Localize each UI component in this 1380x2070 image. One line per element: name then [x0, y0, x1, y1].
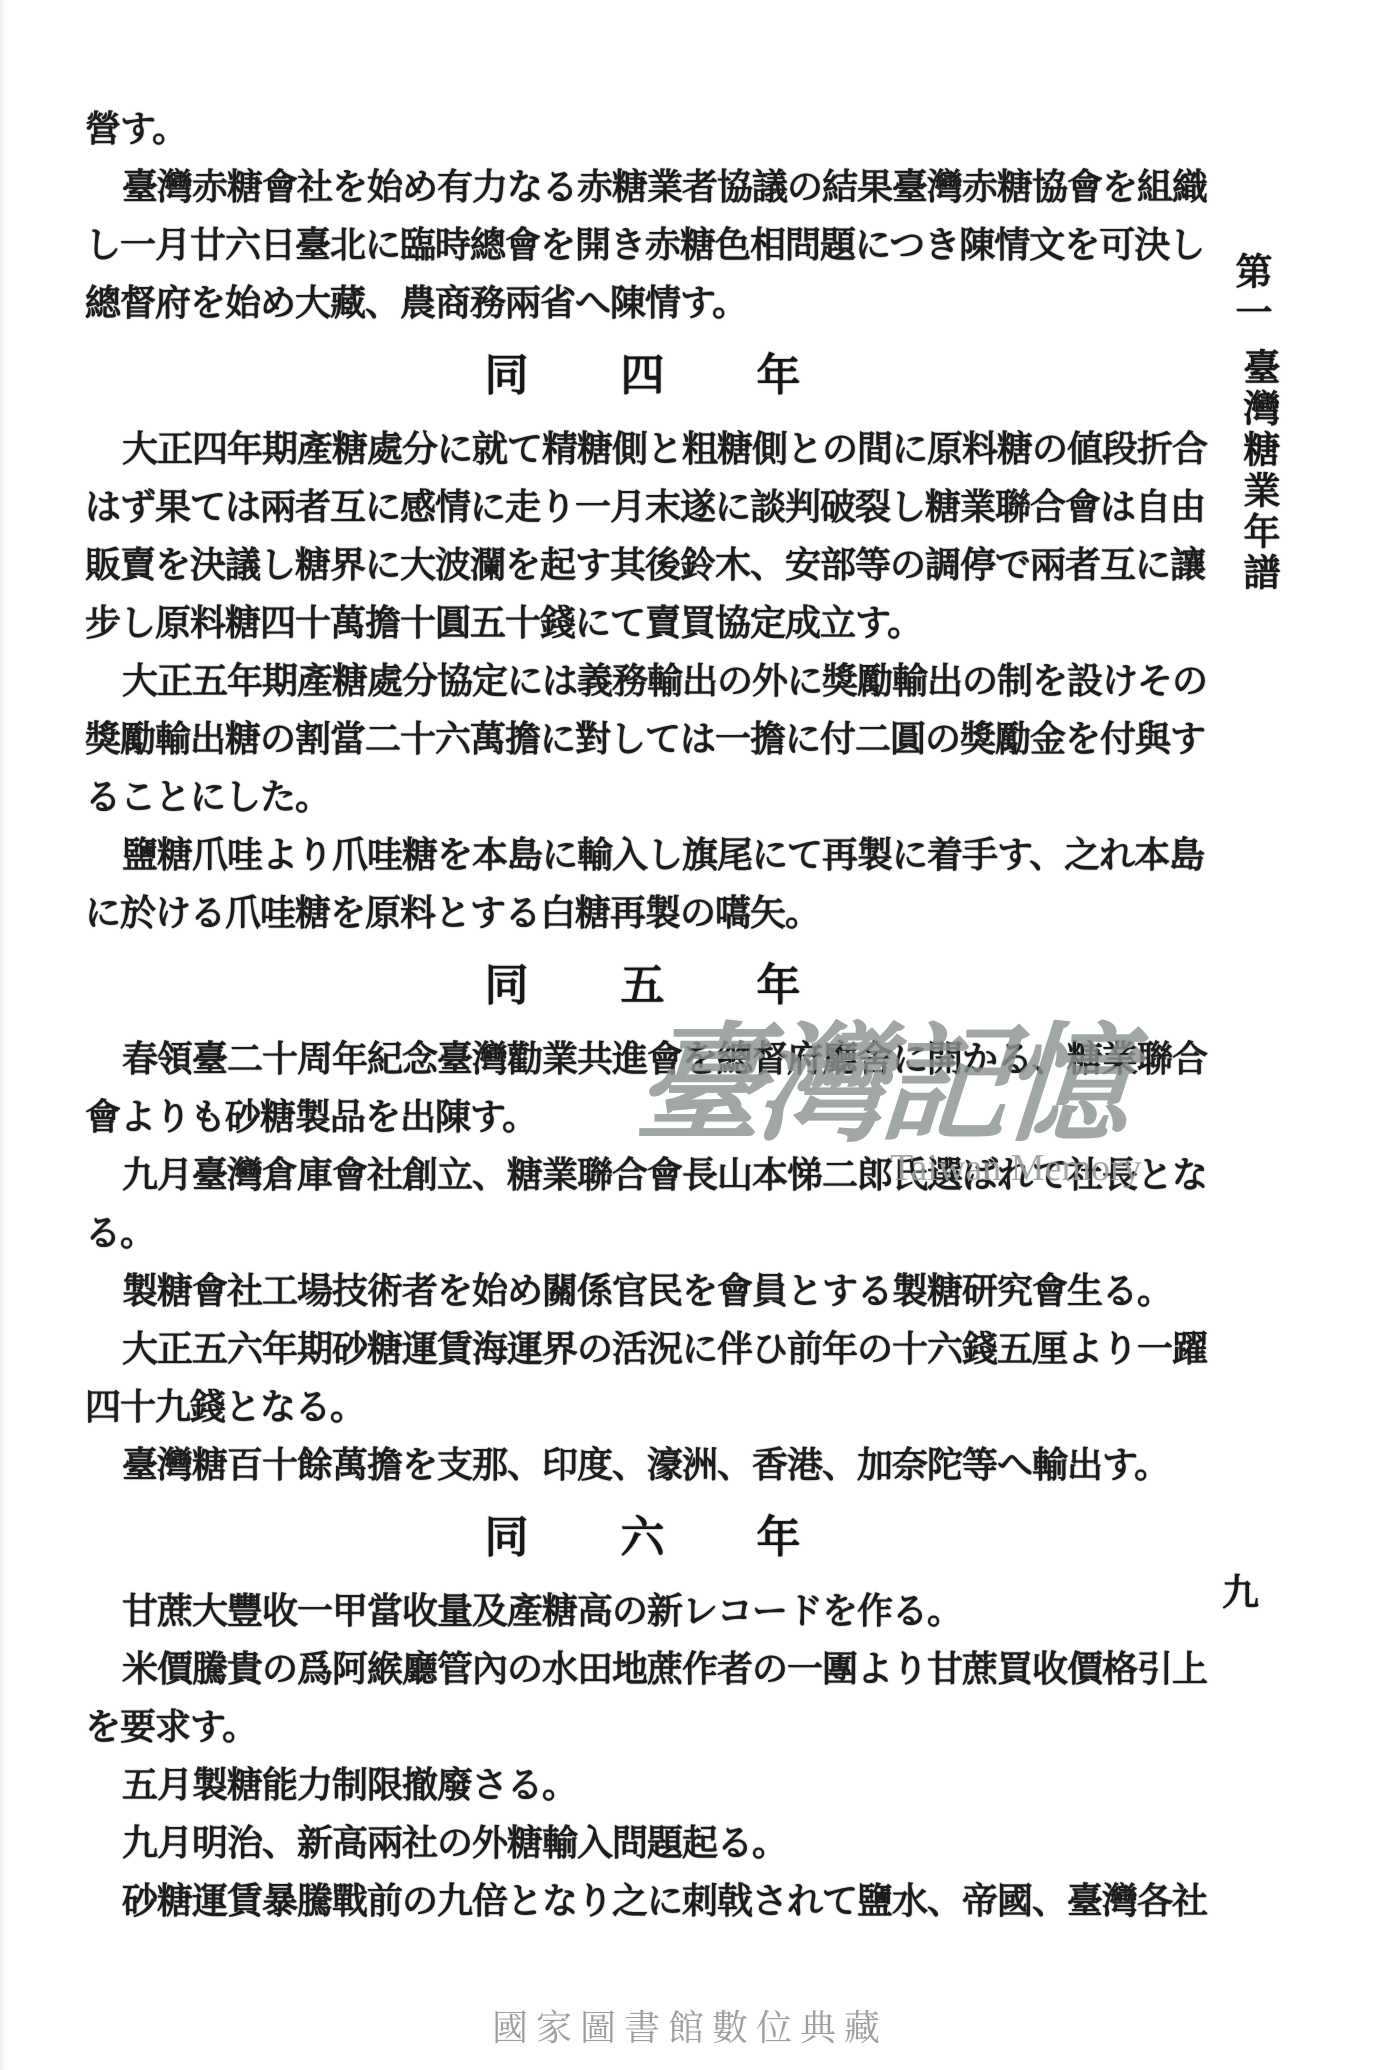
margin-chapter-title: 臺灣糖業年譜: [1230, 348, 1284, 594]
text-line: 鹽糖爪哇より爪哇糖を本島に輸入し旗尾にて再製に着手す、之れ本島: [85, 826, 1200, 884]
scan-edge-artifact: [0, 0, 6, 2070]
text-line: 米價騰貴の爲阿緱廳管內の水田地蔗作者の一團より甘蔗買收價格引上: [85, 1640, 1200, 1698]
text-line: 大正四年期產糖處分に就て精糖側と粗糖側との間に原料糖の値段折合: [85, 420, 1200, 478]
text-line: 春領臺二十周年紀念臺灣勸業共進會を總督府廳舍に開かる、糖業聯合: [85, 1030, 1200, 1088]
text-line: 會よりも砂糖製品を出陳す。: [85, 1088, 1200, 1146]
text-line: 大正五六年期砂糖運賃海運界の活況に伴ひ前年の十六錢五厘より一躍: [85, 1320, 1200, 1378]
text-line: 營す。: [85, 100, 1200, 158]
text-line: 五月製糖能力制限撤廢さる。: [85, 1756, 1200, 1814]
text-line: 砂糖運賃暴騰戰前の九倍となり之に刺戟されて鹽水、帝國、臺灣各社: [85, 1872, 1200, 1930]
text-line: 九月明治、新高兩社の外糖輸入問題起る。: [85, 1814, 1200, 1872]
text-line: 總督府を始め大藏、農商務兩省へ陳情す。: [85, 274, 1200, 332]
text-line: はず果ては兩者互に感情に走り一月末遂に談判破裂し糖業聯合會は自由: [85, 478, 1200, 536]
text-line: 甘蔗大豐收一甲當收量及產糖高の新レコードを作る。: [85, 1582, 1200, 1640]
text-line: 獎勵輸出糖の割當二十六萬擔に對しては一擔に付二圓の獎勵金を付與す: [85, 710, 1200, 768]
text-line: 販賣を決議し糖界に大波瀾を起す其後鈴木、安部等の調停で兩者互に讓: [85, 536, 1200, 594]
text-line: 九月臺灣倉庫會社創立、糖業聯合會長山本悌二郎氏選ばれて社長とな: [85, 1146, 1200, 1204]
text-line: 大正五年期產糖處分協定には義務輸出の外に獎勵輸出の制を設けその: [85, 652, 1200, 710]
text-line: 臺灣赤糖會社を始め有力なる赤糖業者協議の結果臺灣赤糖協會を組織: [85, 158, 1200, 216]
margin-chapter-number: 第一: [1222, 252, 1276, 334]
text-line: る。: [85, 1204, 1200, 1262]
text-line: 步し原料糖四十萬擔十圓五十錢にて賣買協定成立す。: [85, 594, 1200, 652]
scanned-page: 營す。臺灣赤糖會社を始め有力なる赤糖業者協議の結果臺灣赤糖協會を組織し一月廿六日…: [0, 0, 1380, 2070]
text-line: 製糖會社工場技術者を始め關係官民を會員とする製糖研究會生る。: [85, 1262, 1200, 1320]
section-heading: 同六年: [85, 1494, 1200, 1582]
page-number: 九: [1222, 1562, 1259, 1616]
text-line: を要求す。: [85, 1698, 1200, 1756]
section-heading: 同五年: [85, 942, 1200, 1030]
text-line: に於ける爪哇糖を原料とする白糖再製の嚆矢。: [85, 884, 1200, 942]
text-line: 臺灣糖百十餘萬擔を支那、印度、濠洲、香港、加奈陀等へ輸出す。: [85, 1436, 1200, 1494]
footer-stamp: 國家圖書館數位典藏: [0, 2000, 1380, 2051]
text-line: ることにした。: [85, 768, 1200, 826]
section-heading: 同四年: [85, 332, 1200, 420]
text-line: 四十九錢となる。: [85, 1378, 1200, 1436]
text-line: し一月廿六日臺北に臨時總會を開き赤糖色相問題につき陳情文を可決し: [85, 216, 1200, 274]
document-body: 營す。臺灣赤糖會社を始め有力なる赤糖業者協議の結果臺灣赤糖協會を組織し一月廿六日…: [85, 100, 1200, 1930]
